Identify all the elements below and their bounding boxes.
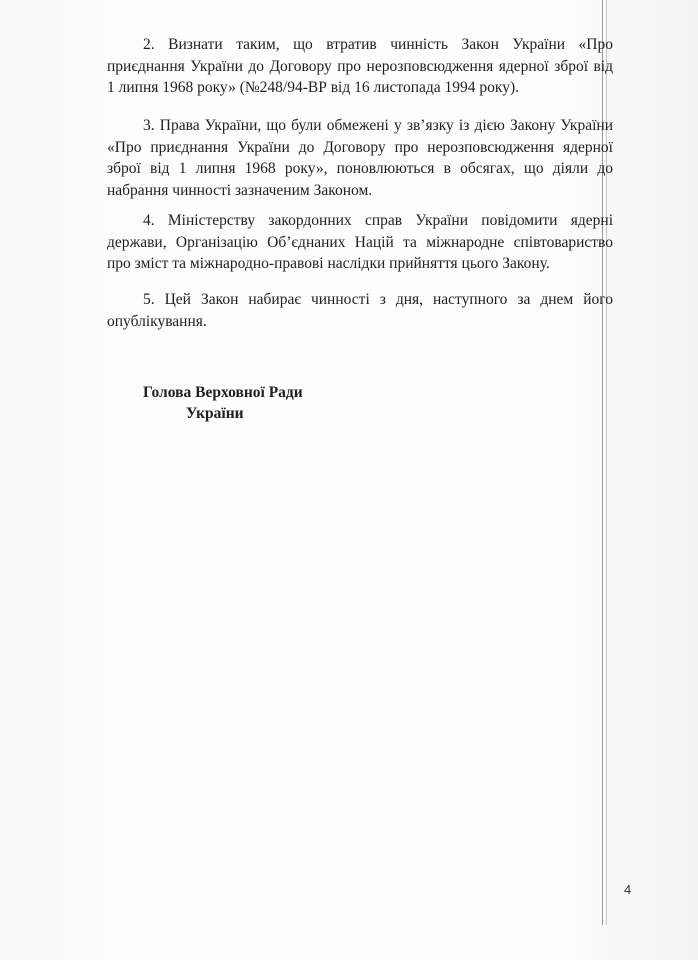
paragraph-line: набрання чинності зазначеним Законом. bbox=[107, 180, 613, 202]
paragraph-line: опублікування. bbox=[107, 311, 613, 333]
paragraph-line: зброї від 1 липня 1968 року», поновлюють… bbox=[107, 158, 613, 180]
paragraph-line: про зміст та міжнародно-правові наслідки… bbox=[107, 253, 613, 275]
paragraph-3: 3. Права України, що були обмежені у зв’… bbox=[107, 115, 613, 201]
page-number: 4 bbox=[624, 882, 631, 897]
signature-title: Голова Верховної Ради bbox=[143, 382, 303, 403]
paragraph-line: 2. Визнати таким, що втратив чинність За… bbox=[107, 34, 613, 56]
paragraph-line: 3. Права України, що були обмежені у зв’… bbox=[107, 115, 613, 137]
paragraph-line: «Про приєднання України до Договору про … bbox=[107, 137, 613, 159]
signature-title-country: України bbox=[186, 403, 244, 424]
paragraph-line: 4. Міністерству закордонних справ Україн… bbox=[107, 210, 613, 232]
paragraph-line: приєднання України до Договору про нероз… bbox=[107, 56, 613, 78]
paragraph-2: 2. Визнати таким, що втратив чинність За… bbox=[107, 34, 613, 99]
paragraph-5: 5. Цей Закон набирає чинності з дня, нас… bbox=[107, 289, 613, 332]
paragraph-line: 1 липня 1968 року» (№248/94-ВР від 16 ли… bbox=[107, 77, 613, 99]
paragraph-4: 4. Міністерству закордонних справ Україн… bbox=[107, 210, 613, 275]
paragraph-line: 5. Цей Закон набирає чинності з дня, нас… bbox=[107, 289, 613, 311]
paragraph-line: держави, Організацію Об’єднаних Націй та… bbox=[107, 232, 613, 254]
document-page: 2. Визнати таким, що втратив чинність За… bbox=[0, 0, 698, 960]
